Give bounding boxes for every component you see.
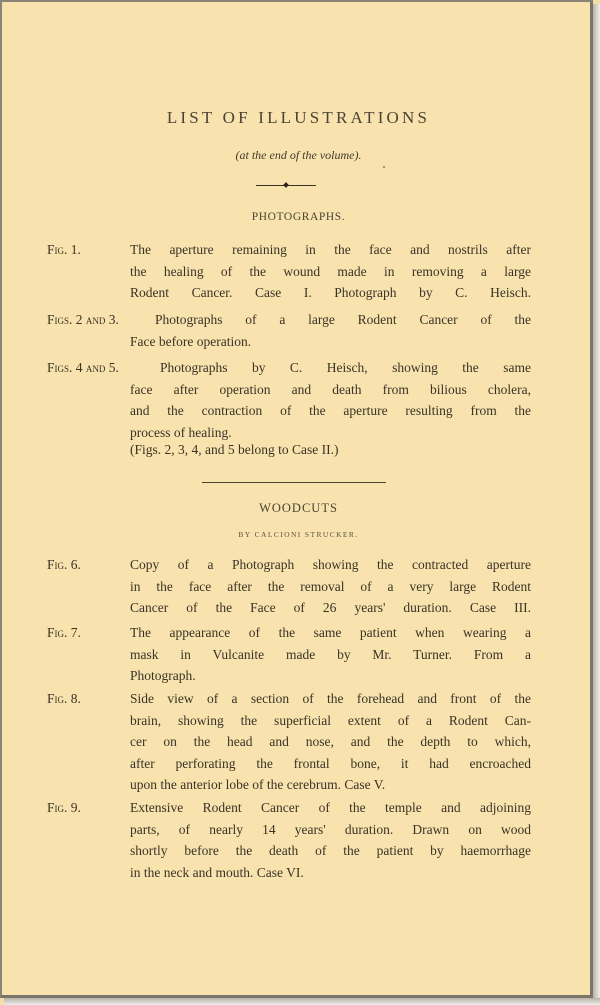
entry-line: cer on the head and nose, and the depth … <box>130 731 531 753</box>
entry-line: The appearance of the same patient when … <box>130 622 531 644</box>
page-shadow-bottom <box>4 998 600 1005</box>
entry-line: Side view of a section of the forehead a… <box>130 688 531 710</box>
figure-label: Fig. 7. <box>47 622 81 644</box>
entry-line: Rodent Cancer. Case I. Photograph by C. … <box>130 282 531 304</box>
entry-line: the healing of the wound made in removin… <box>130 261 531 283</box>
list-item: Fig. 9. Extensive Rodent Cancer of the t… <box>47 797 531 883</box>
entry-line: Face before operation. <box>130 331 531 353</box>
list-item: Figs. 4 and 5. Photographs by C. Heisch,… <box>47 357 531 443</box>
entry-line: upon the anterior lobe of the cerebrum. … <box>130 774 531 796</box>
entry-line: brain, showing the superficial extent of… <box>130 710 531 732</box>
page-subtitle: (at the end of the volume). <box>2 148 595 163</box>
page-shadow-right <box>593 4 600 1005</box>
list-item: Fig. 7. The appearance of the same patie… <box>47 622 531 687</box>
entry-line: in the neck and mouth. Case VI. <box>130 862 531 884</box>
list-item: Fig. 8. Side view of a section of the fo… <box>47 688 531 796</box>
entry-line: Copy of a Photograph showing the contrac… <box>130 554 531 576</box>
entry-line: Cancer of the Face of 26 years' duration… <box>130 597 531 619</box>
entry-line: parts, of nearly 14 years' duration. Dra… <box>130 819 531 841</box>
figure-label: Fig. 1. <box>47 239 81 261</box>
page-title: LIST OF ILLUSTRATIONS <box>2 108 595 128</box>
entry-line: mask in Vulcanite made by Mr. Turner. Fr… <box>130 644 531 666</box>
figure-label: Figs. 4 and 5. <box>47 357 119 379</box>
entry-line: Photographs by C. Heisch, showing the sa… <box>160 357 531 379</box>
entry-line: and the contraction of the aperture resu… <box>130 400 531 422</box>
entry-line: after perforating the frontal bone, it h… <box>130 753 531 775</box>
section-heading-photographs: PHOTOGRAPHS. <box>2 211 595 223</box>
list-item: Fig. 1. The aperture remaining in the fa… <box>47 239 531 304</box>
entry-line: Photograph. <box>130 665 531 687</box>
list-item: Fig. 6. Copy of a Photograph showing the… <box>47 554 531 619</box>
section-subheading-woodcuts: BY CALCIONI STRUCKER. <box>2 530 595 539</box>
case-note: (Figs. 2, 3, 4, and 5 belong to Case II.… <box>130 442 338 458</box>
section-divider <box>202 482 386 483</box>
figure-label: Figs. 2 and 3. <box>47 309 119 331</box>
document-page: LIST OF ILLUSTRATIONS (at the end of the… <box>0 0 593 998</box>
paper-speck <box>383 166 385 168</box>
entry-line: process of healing. <box>130 422 531 444</box>
figure-label: Fig. 6. <box>47 554 81 576</box>
entry-line: Photographs of a large Rodent Cancer of … <box>155 309 531 331</box>
figure-label: Fig. 8. <box>47 688 81 710</box>
entry-line: The aperture remaining in the face and n… <box>130 239 531 261</box>
figure-label: Fig. 9. <box>47 797 81 819</box>
entry-line: shortly before the death of the patient … <box>130 840 531 862</box>
entry-line: in the face after the removal of a very … <box>130 576 531 598</box>
section-heading-woodcuts: WOODCUTS <box>2 501 595 516</box>
entry-line: Extensive Rodent Cancer of the temple an… <box>130 797 531 819</box>
entry-line: face after operation and death from bili… <box>130 379 531 401</box>
ornament-rule-icon <box>256 185 316 187</box>
list-item: Figs. 2 and 3. Photographs of a large Ro… <box>47 309 531 352</box>
